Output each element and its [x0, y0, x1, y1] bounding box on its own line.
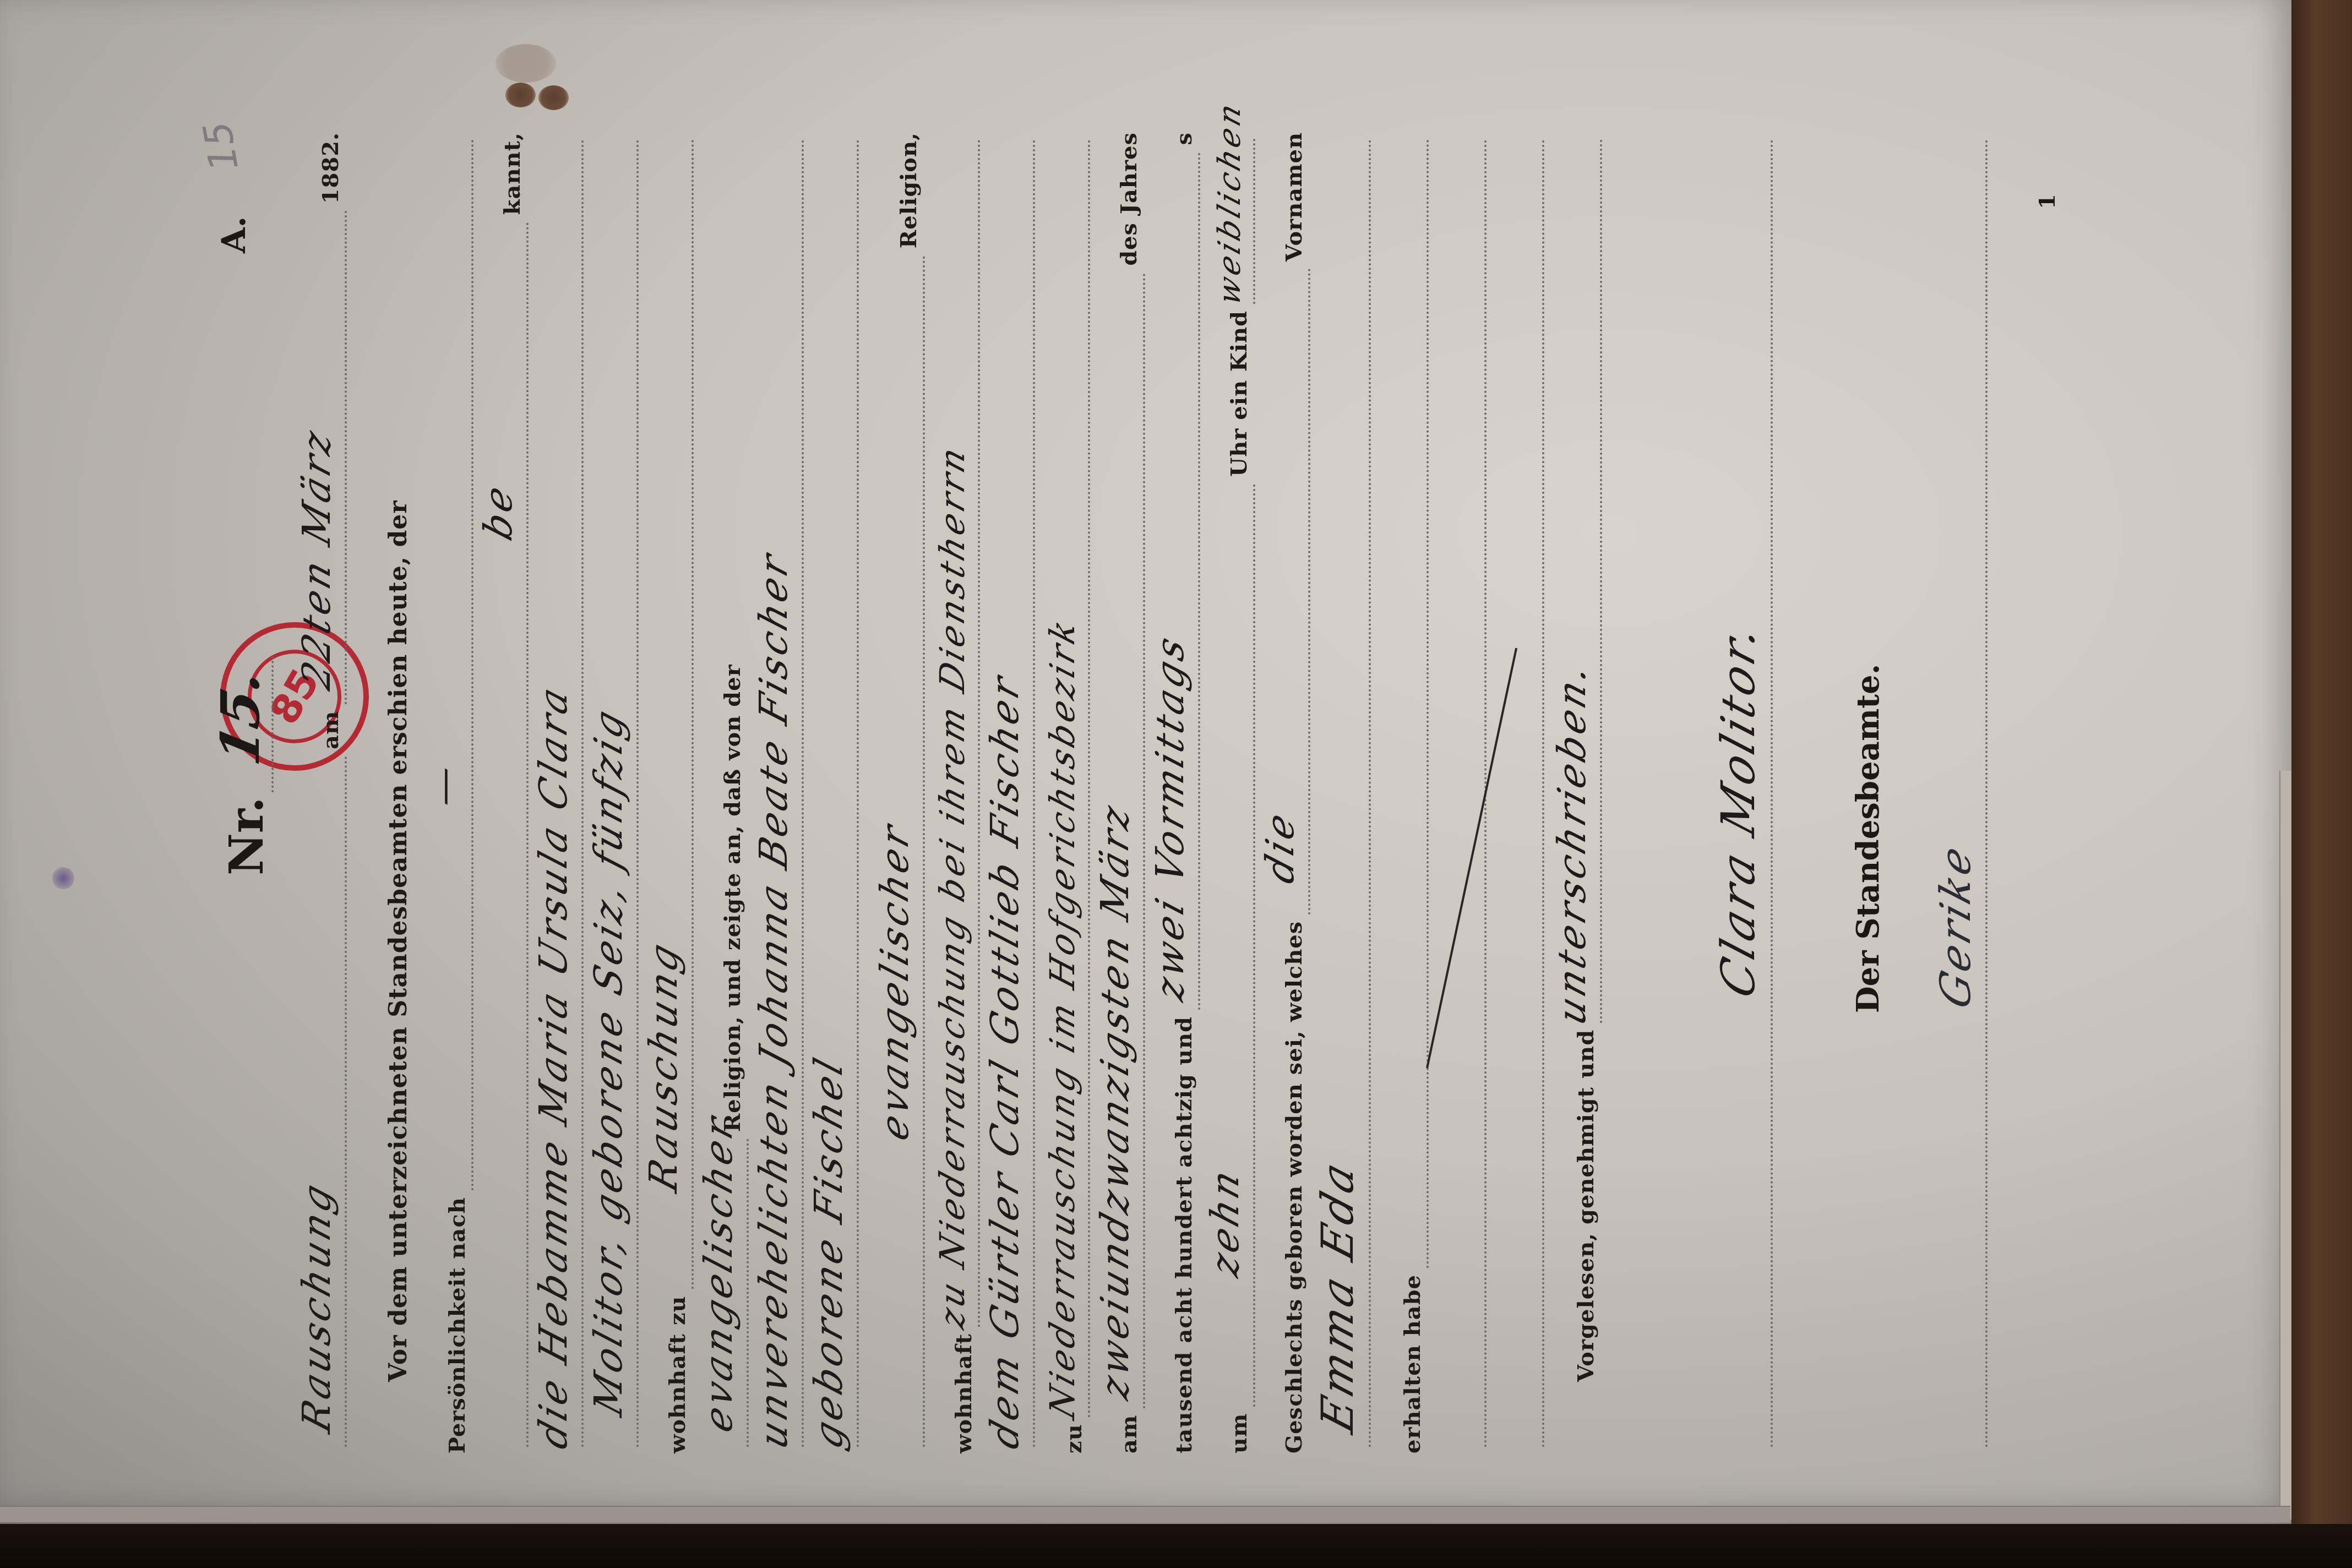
form-line-religion-1: evangelischer Religion, und zeigte an, d… — [688, 132, 749, 1453]
form-line-blank-1 — [1426, 132, 1487, 1453]
handwritten-employer: dem Gürtler Carl Gottlieb Fischer — [982, 668, 1027, 1455]
form-line-mother-1: unverehelichten Johanna Beate Fischer — [743, 132, 804, 1453]
employer-field: dem Gürtler Carl Gottlieb Fischer — [978, 139, 1035, 1447]
religion-field-2: evangelischer — [868, 255, 925, 1447]
label-vornamen: Vornamen — [1281, 132, 1310, 262]
handwritten-signed: unterschrieben. — [1549, 655, 1594, 1030]
sex-field: weiblichen — [1198, 139, 1255, 304]
received-field — [1371, 139, 1429, 1268]
label-intro: Vor dem unterzeichneten Standesbeamten e… — [384, 500, 416, 1382]
handwritten-informant-1: die Hebamme Maria Ursula Clara — [531, 678, 576, 1454]
registrar-signature-field: Gerike — [1930, 139, 1988, 1447]
pencil-page-number: 15 — [194, 118, 247, 174]
ink-stain-faint — [496, 44, 556, 83]
known-field: be — [471, 221, 529, 1447]
handwritten-place: Rauschung — [294, 1175, 339, 1438]
blank-field-2 — [1487, 139, 1544, 1447]
label-year: 1882. — [318, 132, 347, 204]
handwritten-religion-2: evangelischer — [872, 816, 917, 1146]
birth-record-form: Nr. 15. A. 15 Rauschung am 22ten März 18… — [193, 132, 2092, 1453]
form-line-residence: wohnhaft zu Rauschung — [633, 132, 694, 1453]
mother-residence-field: zu Niederrauschung bei ihrem Dienstherrn — [923, 139, 980, 1327]
record-number: Nr. 15. — [209, 650, 274, 875]
form-line-identity: Persönlichkeit nach — — [413, 132, 473, 1453]
form-line-employer: dem Gürtler Carl Gottlieb Fischer — [974, 132, 1035, 1453]
form-line-informant-signature: Clara Molitor. — [1712, 132, 1773, 1453]
ink-stain — [505, 83, 536, 107]
birthdate-field: zweiundzwanzigsten März — [1088, 273, 1145, 1408]
handwritten-date: 22ten März — [294, 422, 339, 695]
date-field: 22ten März — [290, 210, 347, 704]
registrar-title: Der Standesbeamte. — [1850, 664, 1886, 1013]
form-line-place-date: Rauschung am 22ten März 1882. — [286, 132, 347, 1453]
corner-marker: A. — [215, 216, 253, 253]
label-erhalten: erhalten habe — [1400, 1275, 1429, 1453]
handwritten-mother-2: geborene Fischel — [806, 1050, 851, 1454]
form-line-registrar-signature: Gerike — [1927, 132, 1988, 1453]
form-line-child-names: Emma Eda — [1310, 132, 1371, 1453]
label-am: am — [318, 711, 347, 749]
page-stack-edge — [0, 1506, 2290, 1522]
ink-stain — [538, 85, 569, 110]
handwritten-religion-1: evangelischer — [696, 1108, 741, 1438]
informant-field-1: die Hebamme Maria Ursula Clara — [526, 139, 584, 1447]
form-line-time-sex: um zehn Uhr ein Kind weiblichen — [1195, 132, 1255, 1453]
informant-signature: Clara Molitor. — [1711, 616, 1765, 1004]
form-line-mother-2: geborene Fischel — [798, 132, 859, 1453]
informant-field-2: Molitor, geborene Seiz, fünfzig — [581, 139, 639, 1447]
form-line-religion-2: evangelischer Religion, — [864, 132, 925, 1453]
child-names-field: Emma Eda — [1314, 139, 1371, 1447]
signed-field: unterschrieben. — [1545, 139, 1602, 1023]
year-field: zwei Vormittags — [1143, 152, 1200, 1010]
religion-field-1: evangelischer — [692, 1139, 749, 1447]
handwritten-birthplace: Niederrauschung im Hofgerichtsbezirk — [1042, 612, 1082, 1424]
handwritten-time: zehn — [1202, 1161, 1248, 1282]
handwritten-informant-2: Molitor, geborene Seiz, fünfzig — [586, 701, 631, 1421]
handwritten-dash: — — [421, 756, 466, 813]
handwritten-birthdate: zweiundzwanzigsten März — [1092, 797, 1137, 1404]
form-line-read-approved: Vorgelesen, genehmigt und unterschrieben… — [1542, 132, 1602, 1453]
wooden-table — [2291, 0, 2352, 1568]
record-number-value: 15. — [209, 643, 274, 793]
purple-mark — [52, 867, 74, 889]
form-line-blank-2 — [1484, 132, 1544, 1453]
form-line-known: be kannt, — [468, 132, 529, 1453]
handwritten-mother-1: unverehelichten Johanna Beate Fischer — [751, 546, 796, 1455]
form-line-names-label: Geschlechts geboren worden sei, welches … — [1250, 132, 1310, 1453]
table-shadow — [0, 1524, 2352, 1568]
blank-field-1 — [1429, 139, 1487, 1447]
form-line-received: erhalten habe — [1368, 132, 1429, 1453]
form-line-birthdate: am zweiundzwanzigsten März des Jahres — [1085, 132, 1145, 1453]
informant-signature-field: Clara Molitor. — [1716, 139, 1773, 1447]
form-line-year: tausend acht hundert achtzig und zwei Vo… — [1140, 132, 1200, 1453]
birthplace-field: Niederrauschung im Hofgerichtsbezirk — [1033, 139, 1090, 1417]
form-line-informant-1: die Hebamme Maria Ursula Clara — [523, 132, 584, 1453]
record-number-label: Nr. — [219, 797, 274, 875]
form-line-informant-2: Molitor, geborene Seiz, fünfzig — [578, 132, 639, 1453]
article-field: die — [1253, 268, 1310, 914]
identity-field: — — [416, 139, 473, 1190]
label-vorgelesen: Vorgelesen, genehmigt und — [1573, 1030, 1602, 1382]
time-field: zehn — [1198, 483, 1255, 1407]
handwritten-year: zwei Vormittags — [1147, 628, 1193, 1006]
mother-field-2: geborene Fischel — [802, 139, 859, 1447]
form-line-intro: Vor dem unterzeichneten Standesbeamten e… — [355, 132, 416, 1453]
label-gender-born: Geschlechts geboren worden sei, welches — [1281, 921, 1310, 1453]
handwritten-article: die — [1257, 804, 1303, 889]
form-line-mother-residence: wohnhaft zu Niederrauschung bei ihrem Di… — [919, 132, 980, 1453]
form-line-birthplace: zu Niederrauschung im Hofgerichtsbezirk — [1030, 132, 1090, 1453]
place-field: Rauschung — [290, 756, 347, 1447]
handwritten-be: be — [476, 477, 521, 546]
mother-field-1: unverehelichten Johanna Beate Fischer — [747, 139, 804, 1447]
printed-page-number: 1 — [2034, 194, 2060, 209]
handwritten-child-names: Emma Eda — [1312, 1153, 1363, 1439]
registrar-signature: Gerike — [1931, 837, 1980, 1014]
handwritten-residence: Rauschung — [641, 935, 686, 1197]
handwritten-sex: weiblichen — [1212, 96, 1248, 309]
handwritten-mother-residence: zu Niederrauschung bei ihrem Dienstherrn — [932, 439, 972, 1333]
residence-field: Rauschung — [636, 139, 694, 1289]
